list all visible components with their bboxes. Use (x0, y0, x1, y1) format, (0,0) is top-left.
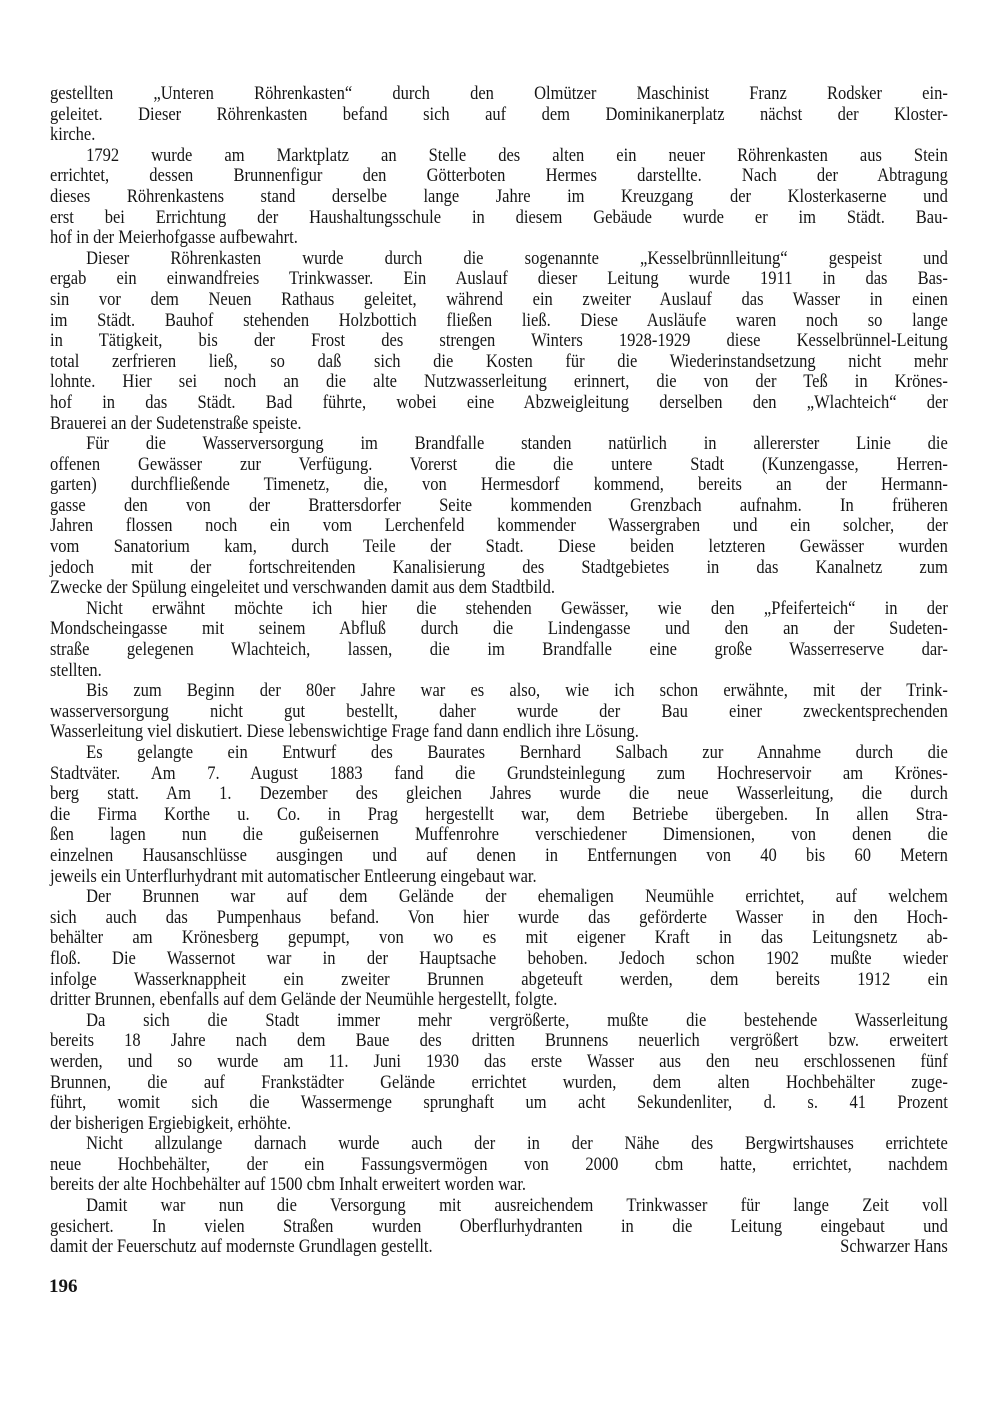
text-line: Zwecke der Spülung eingeleitet und versc… (50, 578, 948, 599)
text-line: bereits der alte Hochbehälter auf 1500 c… (50, 1175, 948, 1196)
paragraph: Dieser Röhrenkasten wurde durch die soge… (50, 249, 948, 434)
paragraph: 1792 wurde am Marktplatz an Stelle des a… (50, 146, 948, 249)
text-line: Für die Wasserversorgung im Brandfalle s… (50, 434, 948, 455)
page-number: 196 (49, 1276, 78, 1298)
text-line: bereits 18 Jahre nach dem Baue des dritt… (50, 1031, 948, 1052)
paragraph: Damit war nun die Versorgung mit ausreic… (50, 1196, 948, 1237)
text-line: hof in das Städt. Bad führte, wobei eine… (50, 393, 948, 414)
text-line: ergab ein einwandfreies Trinkwasser. Ein… (50, 269, 948, 290)
text-line: einzelnen Hausanschlüsse ausgingen und a… (50, 846, 948, 867)
text-line: Stadtväter. Am 7. August 1883 fand die G… (50, 764, 948, 785)
text-line: behälter am Krönesberg gepumpt, von wo e… (50, 928, 948, 949)
text-line: neue Hochbehälter, der ein Fassungsvermö… (50, 1155, 948, 1176)
text-line: führt, womit sich die Wassermenge sprung… (50, 1093, 948, 1114)
text-line: Der Brunnen war auf dem Gelände der ehem… (50, 887, 948, 908)
text-line: offenen Gewässer zur Verfügung. Vorerst … (50, 455, 948, 476)
text-line: werden, und so wurde am 11. Juni 1930 da… (50, 1052, 948, 1073)
text-line: gasse den von der Brattersdorfer Seite k… (50, 496, 948, 517)
text-line: geleitet. Dieser Röhrenkasten befand sic… (50, 105, 948, 126)
text-line: straße gelegenen Wlachteich, lassen, die… (50, 640, 948, 661)
text-line: dieses Röhrenkastens stand derselbe lang… (50, 187, 948, 208)
text-line: Es gelangte ein Entwurf des Baurates Ber… (50, 743, 948, 764)
text-line: dritter Brunnen, ebenfalls auf dem Gelän… (50, 990, 948, 1011)
text-line: kirche. (50, 125, 948, 146)
text-line: Mondscheingasse mit seinem Abfluß durch … (50, 619, 948, 640)
text-line: jedoch mit der fortschreitenden Kanalisi… (50, 558, 948, 579)
text-line: berg statt. Am 1. Dezember des gleichen … (50, 784, 948, 805)
text-line: gesichert. In vielen Straßen wurden Ober… (50, 1217, 948, 1238)
text-line: gestellten „Unteren Röhrenkasten“ durch … (50, 84, 948, 105)
paragraph: Es gelangte ein Entwurf des Baurates Ber… (50, 743, 948, 887)
text-line: der bisherigen Ergiebigkeit, erhöhte. (50, 1114, 948, 1135)
paragraph: Nicht erwähnt möchte ich hier die stehen… (50, 599, 948, 681)
text-line: vom Sanatorium kam, durch Teile der Stad… (50, 537, 948, 558)
text-line: Nicht erwähnt möchte ich hier die stehen… (50, 599, 948, 620)
text-line: garten) durchfließende Timenetz, die, vo… (50, 475, 948, 496)
text-line: die Firma Korthe u. Co. in Prag hergeste… (50, 805, 948, 826)
closing-line: damit der Feuerschutz auf modernste Grun… (50, 1237, 948, 1258)
text-line: jeweils ein Unterflurhydrant mit automat… (50, 867, 948, 888)
text-line: Bis zum Beginn der 80er Jahre war es als… (50, 681, 948, 702)
text-line: in Tätigkeit, bis der Frost des strengen… (50, 331, 948, 352)
text-line: Jahren flossen noch ein vom Lerchenfeld … (50, 516, 948, 537)
text-line: stellten. (50, 661, 948, 682)
text-line: Nicht allzulange darnach wurde auch der … (50, 1134, 948, 1155)
text-line: lohnte. Hier sei noch an die alte Nutzwa… (50, 372, 948, 393)
document-body: gestellten „Unteren Röhrenkasten“ durch … (50, 84, 822, 1258)
text-line: total zerfrieren ließ, so daß sich die K… (50, 352, 948, 373)
text-line: Dieser Röhrenkasten wurde durch die soge… (50, 249, 948, 270)
closing-text: damit der Feuerschutz auf modernste Grun… (50, 1237, 433, 1258)
text-line: Brauerei an der Sudetenstraße speiste. (50, 414, 948, 435)
text-line: wasserversorgung nicht gut bestellt, dah… (50, 702, 948, 723)
paragraph: Da sich die Stadt immer mehr vergrößerte… (50, 1011, 948, 1135)
paragraph: gestellten „Unteren Röhrenkasten“ durch … (50, 84, 948, 146)
text-line: Brunnen, die auf Frankstädter Gelände er… (50, 1073, 948, 1094)
text-line: Damit war nun die Versorgung mit ausreic… (50, 1196, 948, 1217)
paragraph: Bis zum Beginn der 80er Jahre war es als… (50, 681, 948, 743)
paragraph: Der Brunnen war auf dem Gelände der ehem… (50, 887, 948, 1011)
text-column: gestellten „Unteren Röhrenkasten“ durch … (50, 84, 948, 1258)
text-line: 1792 wurde am Marktplatz an Stelle des a… (50, 146, 948, 167)
paragraph: Für die Wasserversorgung im Brandfalle s… (50, 434, 948, 599)
text-line: errichtet, dessen Brunnenfigur den Götte… (50, 166, 948, 187)
text-line: erst bei Errichtung der Haushaltungsschu… (50, 208, 948, 229)
text-line: sin vor dem Neuen Rathaus geleitet, währ… (50, 290, 948, 311)
author-signature: Schwarzer Hans (840, 1237, 948, 1258)
text-line: infolge Wasserknappheit ein zweiter Brun… (50, 970, 948, 991)
text-line: floß. Die Wassernot war in der Hauptsach… (50, 949, 948, 970)
text-line: hof in der Meierhofgasse aufbewahrt. (50, 228, 948, 249)
text-line: Wasserleitung viel diskutiert. Diese leb… (50, 722, 948, 743)
text-line: im Städt. Bauhof stehenden Holzbottich f… (50, 311, 948, 332)
paragraph: Nicht allzulange darnach wurde auch der … (50, 1134, 948, 1196)
text-line: ßen lagen nun die gußeisernen Muffenrohr… (50, 825, 948, 846)
text-line: sich auch das Pumpenhaus befand. Von hie… (50, 908, 948, 929)
text-line: Da sich die Stadt immer mehr vergrößerte… (50, 1011, 948, 1032)
